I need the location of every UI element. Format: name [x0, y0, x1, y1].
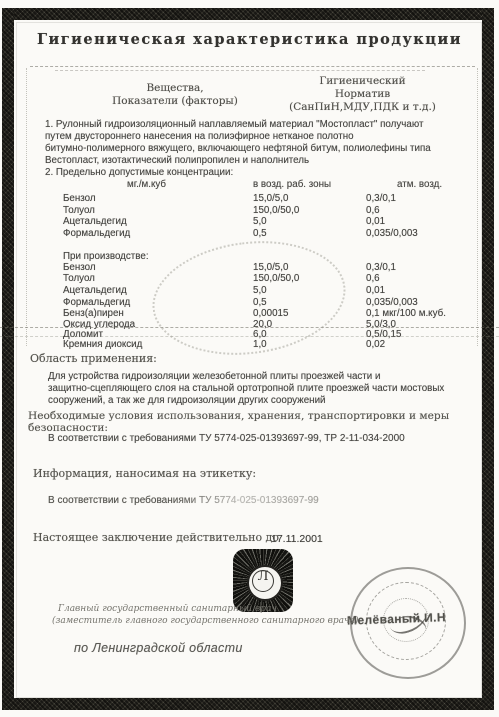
unit-header: мг./м.куб — [127, 179, 166, 190]
substance-name: Ацетальдегид — [63, 285, 127, 296]
official-title-line2: (заместитель главного государственного с… — [52, 616, 358, 626]
section-heading-application: Область применения: — [30, 352, 157, 365]
atm-value: 0,1 мкг/100 м.куб. — [366, 308, 446, 319]
application-line: защитно-сцепляющего слоя на стальной орт… — [48, 383, 473, 395]
table-row: Бензол 15,0/5,0 0,3/0,1 — [0, 193, 499, 204]
atm-value: 0,6 — [366, 205, 380, 216]
table-row: Формальдегид 0,5 0,035/0,003 — [0, 228, 499, 239]
valid-until-date: 17.11.2001 — [271, 533, 323, 545]
workzone-value: 0,5 — [253, 228, 267, 239]
substance-name: Бензол — [63, 262, 96, 273]
section-heading-conditions: Необходимые условия использования, хране… — [28, 410, 488, 434]
column-header-substances-line1: Вещества, — [95, 82, 255, 95]
application-line: сооружений, а так же для гидроизоляции д… — [48, 395, 473, 407]
hologram-stamp-glyph: Л — [247, 569, 279, 584]
intro-line: битумно-полимерного вяжущего, включающег… — [45, 143, 480, 155]
official-title-line1: Главный государственный санитарный врач — [58, 604, 277, 614]
atm-value: 0,035/0,003 — [366, 297, 418, 308]
region-name: по Ленинградской области — [74, 641, 243, 655]
intro-line: 2. Предельно допустимые концентрации: — [45, 167, 480, 179]
border-frame-right — [482, 8, 494, 710]
border-frame-bottom — [2, 698, 494, 710]
atm-value: 0,01 — [366, 285, 385, 296]
column-header-norm: Гигиенический Норматив (СанПиН,МДУ,ПДК и… — [285, 75, 440, 114]
substance-name: Ацетальдегид — [63, 216, 127, 227]
column-header-workzone: в возд. раб. зоны — [253, 179, 331, 190]
column-header-norm-line2: Норматив — [285, 88, 440, 101]
conditions-text: В соответствии с требованиями ТУ 5774-02… — [48, 433, 405, 444]
atm-value: 0,02 — [366, 339, 385, 350]
atm-value: 0,6 — [366, 273, 380, 284]
column-header-atm: атм. возд. — [397, 179, 442, 190]
substance-name: Толуол — [63, 205, 95, 216]
intro-line: путем двустороннего нанесения на полиэфи… — [45, 131, 480, 143]
table-top-rule — [30, 66, 475, 67]
atm-value: 0,035/0,003 — [366, 228, 418, 239]
table-row: Толуол 150,0/50,0 0,6 — [0, 205, 499, 216]
label-info-text: В соответствии с требованиями ТУ 5774-02… — [48, 495, 319, 506]
border-frame-top — [2, 8, 494, 20]
substance-name: Кремния диоксид — [63, 339, 142, 350]
intro-paragraph: 1. Рулонный гидроизоляционный наплавляем… — [45, 119, 480, 179]
column-header-norm-line3: (СанПиН,МДУ,ПДК и т.д.) — [285, 101, 440, 114]
atm-value: 0,3/0,1 — [366, 262, 396, 273]
table-top-rule-2 — [55, 70, 425, 71]
workzone-value: 150,0/50,0 — [253, 205, 299, 216]
substance-name: Бенз(а)пирен — [63, 308, 124, 319]
valid-until-heading: Настоящее заключение действительно до — [33, 531, 279, 544]
intro-line: Вестопласт, изотактический полипропилен … — [45, 155, 480, 167]
atm-value: 0,3/0,1 — [366, 193, 396, 204]
substance-name: Формальдегид — [63, 297, 130, 308]
production-label: При производстве: — [63, 251, 149, 262]
workzone-value: 15,0/5,0 — [253, 193, 288, 204]
column-header-substances-line2: Показатели (факторы) — [95, 95, 255, 108]
column-header-norm-line1: Гигиенический — [285, 75, 440, 88]
section-heading-label-info: Информация, наносимая на этикетку: — [33, 467, 256, 480]
workzone-value: 5,0 — [253, 216, 267, 227]
table-row: Ацетальдегид 5,0 0,01 — [0, 216, 499, 227]
intro-line: 1. Рулонный гидроизоляционный наплавляем… — [45, 119, 480, 131]
substance-name: Формальдегид — [63, 228, 130, 239]
page-title: Гигиеническая характеристика продукции — [0, 31, 499, 48]
atm-value: 0,01 — [366, 216, 385, 227]
border-frame-left — [2, 8, 14, 710]
application-text: Для устройства гидроизоляции железобетон… — [48, 371, 473, 407]
substance-name: Бензол — [63, 193, 96, 204]
document-page: Гигиеническая характеристика продукции В… — [0, 0, 499, 717]
application-line: Для устройства гидроизоляции железобетон… — [48, 371, 473, 383]
column-header-substances: Вещества, Показатели (факторы) — [95, 82, 255, 108]
substance-name: Толуол — [63, 273, 95, 284]
